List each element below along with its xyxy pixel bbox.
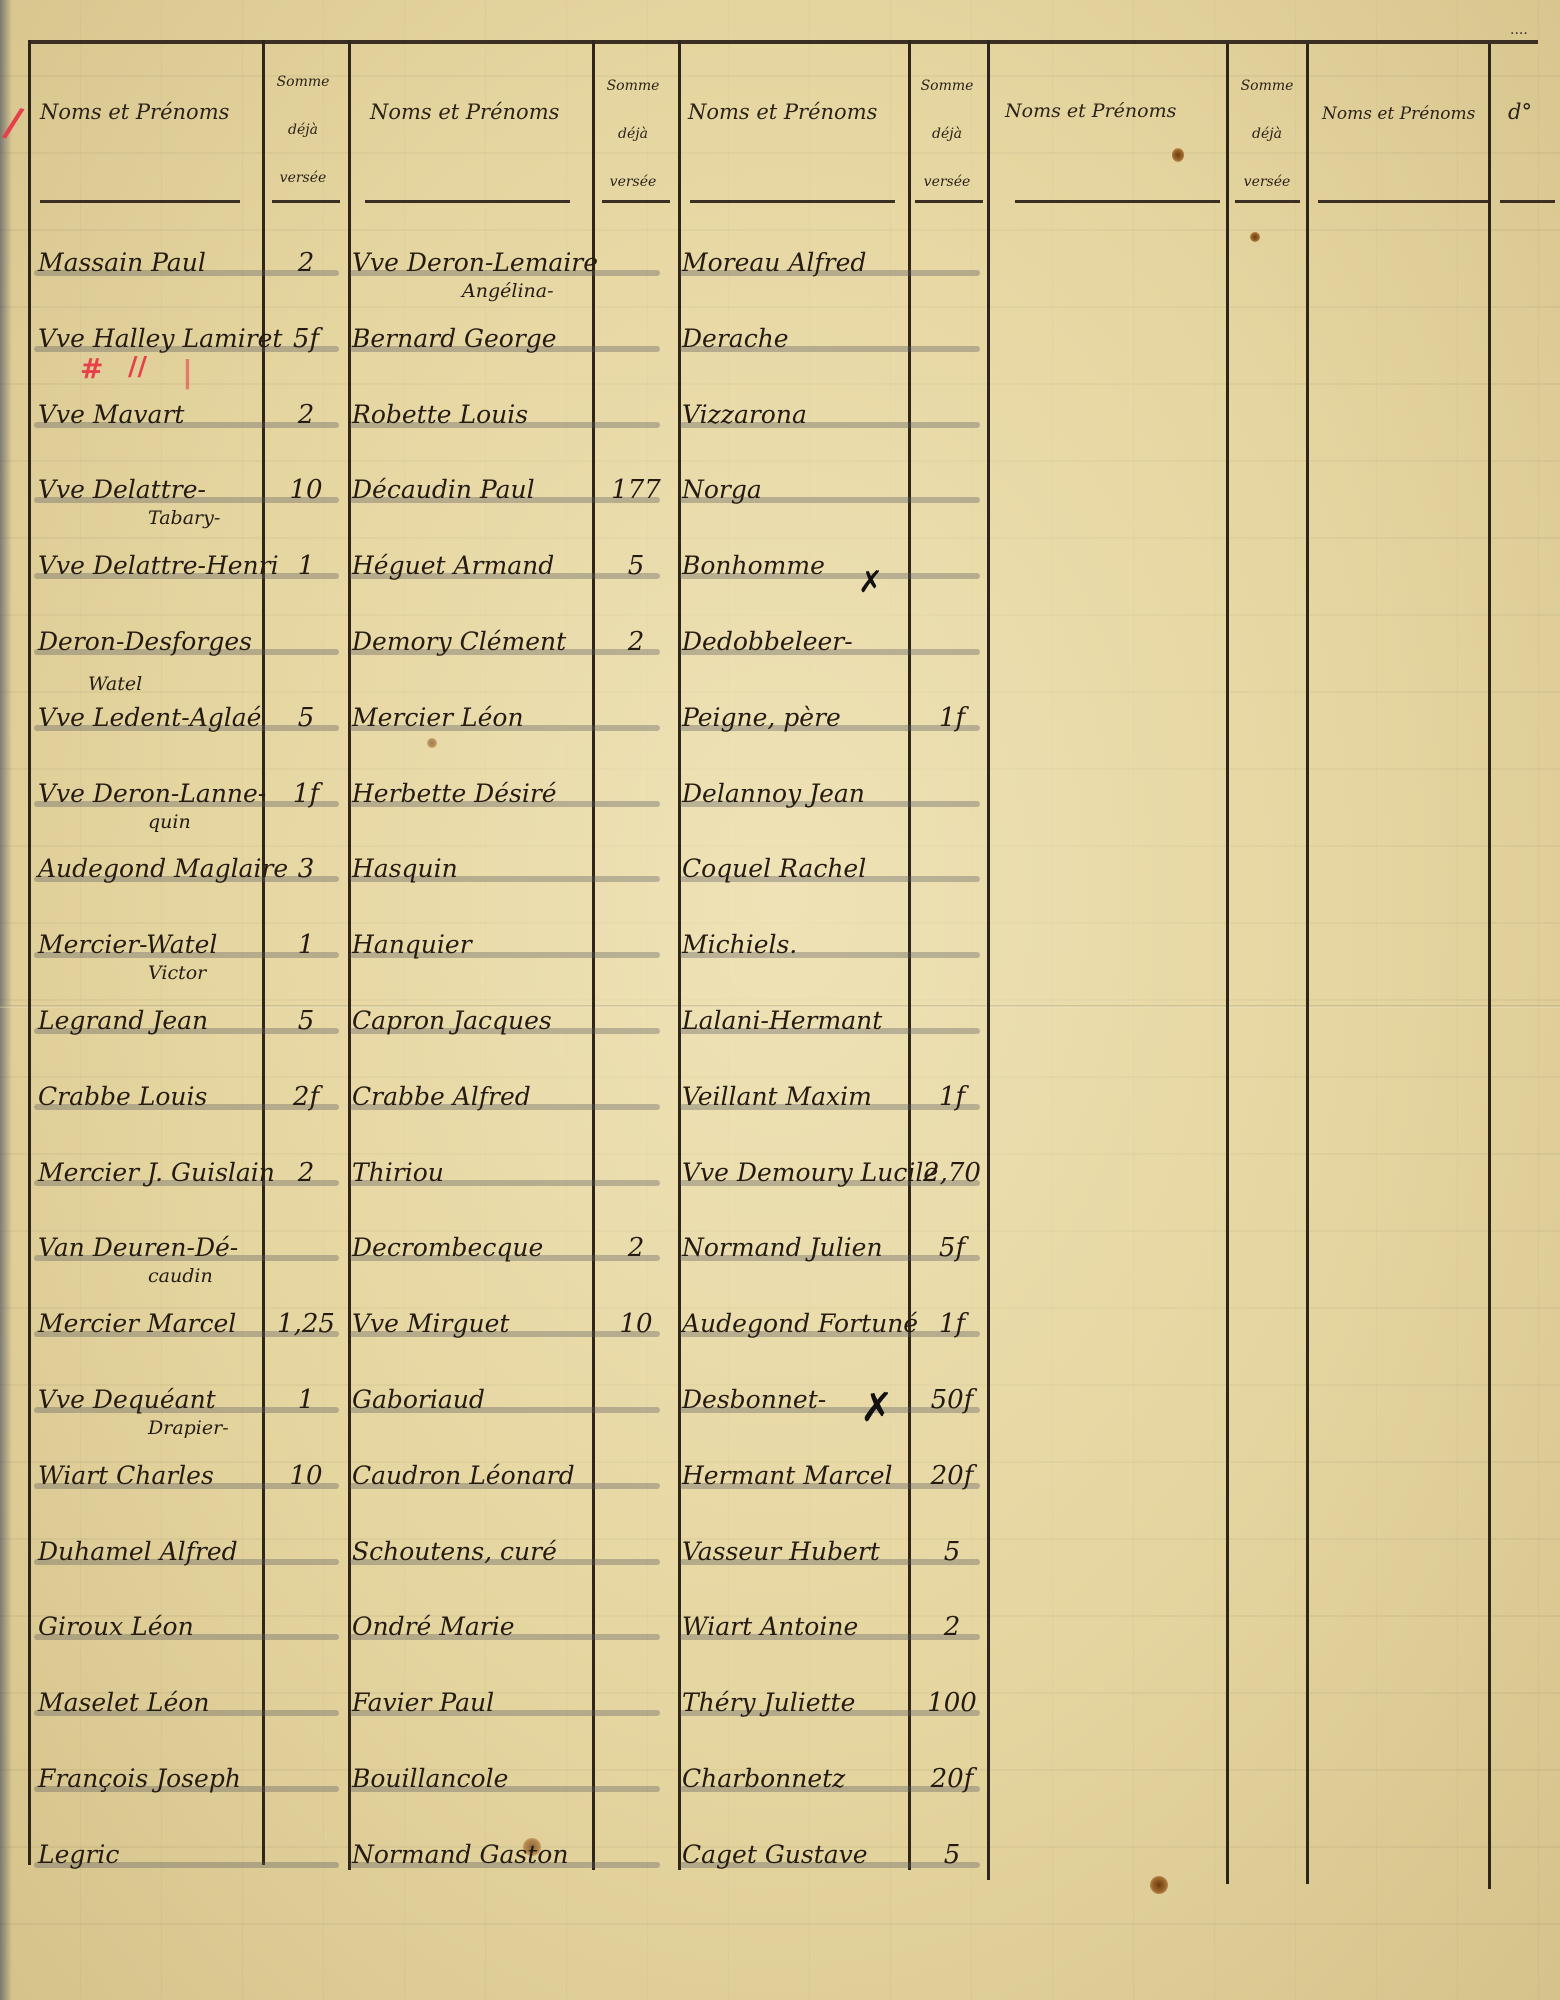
entry-amount: 2 xyxy=(596,1233,676,1263)
header-sum-line: versée xyxy=(268,154,338,202)
entry-name: Wiart Antoine xyxy=(682,1612,858,1641)
entry-name: Normand Gaston xyxy=(352,1840,568,1869)
entry-name: Crabbe Louis xyxy=(38,1082,207,1111)
header-sum-line: versée xyxy=(1232,158,1302,206)
entry-amount: 10 xyxy=(266,475,346,505)
entry-amount: 5f xyxy=(912,1233,992,1263)
entry-name: Norga xyxy=(682,475,762,504)
entry-name: Wiart Charles xyxy=(38,1461,214,1490)
entry-note: Tabary- xyxy=(148,507,220,529)
entry-name: François Joseph xyxy=(38,1764,241,1793)
entry-name: Vve Dequéant xyxy=(38,1385,216,1414)
entry-name: Vve Deron-Lanne- xyxy=(38,779,266,808)
entry-amount: 5 xyxy=(596,551,676,581)
entry-name: Desbonnet- xyxy=(682,1385,826,1414)
entry-name: Robette Louis xyxy=(352,400,528,429)
entry-name: Hasquin xyxy=(352,854,458,883)
entry-amount: 1 xyxy=(266,1385,346,1415)
entry-amount: 3 xyxy=(266,854,346,884)
header-sum-line: déjà xyxy=(268,106,338,154)
entry-name: Décaudin Paul xyxy=(352,475,535,504)
header-underline xyxy=(1500,200,1555,203)
red-mark: // xyxy=(128,352,147,382)
header-sum-line: déjà xyxy=(912,110,982,158)
header-underline xyxy=(1318,200,1488,203)
column-header-sum: Somme déjà versée xyxy=(268,58,338,202)
entry-name: Massain Paul xyxy=(38,248,206,277)
column-header-sum: Somme déjà versée xyxy=(598,62,668,206)
entry-name: Van Deuren-Dé- xyxy=(38,1233,238,1262)
entry-name: Duhamel Alfred xyxy=(38,1537,238,1566)
entry-name: Vve Halley Lamiret xyxy=(38,324,282,353)
entry-name: Vve Mavart xyxy=(38,400,184,429)
column-header-name: Noms et Prénoms xyxy=(1005,100,1176,122)
entry-name: Mercier Léon xyxy=(352,703,524,732)
header-underline xyxy=(690,200,895,203)
entry-name: Thiriou xyxy=(352,1158,444,1187)
entry-amount: 1,25 xyxy=(266,1309,346,1339)
entry-name: Veillant Maxim xyxy=(682,1082,872,1111)
entry-amount: 1f xyxy=(266,779,346,809)
entry-amount: 10 xyxy=(596,1309,676,1339)
entry-name: Herbette Désiré xyxy=(352,779,557,808)
column-line xyxy=(1488,44,1491,1889)
header-sum-line: Somme xyxy=(912,62,982,110)
corner-mark: ···· xyxy=(1510,26,1528,42)
ink-stain xyxy=(1150,1876,1168,1894)
entry-name: Vve Ledent-Aglaé xyxy=(38,703,261,732)
entry-amount: 5 xyxy=(912,1840,992,1870)
entry-name: Vve Delattre-Henri xyxy=(38,551,279,580)
entry-amount: 5 xyxy=(266,703,346,733)
entry-name: Héguet Armand xyxy=(352,551,554,580)
entry-name: Ondré Marie xyxy=(352,1612,515,1641)
entry-note: Watel xyxy=(88,673,142,695)
entry-name: Hermant Marcel xyxy=(682,1461,893,1490)
header-sum-line: Somme xyxy=(268,58,338,106)
entry-name: Mercier-Watel xyxy=(38,930,217,959)
entry-amount: 20f xyxy=(912,1764,992,1794)
column-line xyxy=(987,40,990,1880)
entry-name: Vve Demoury Lucile xyxy=(682,1158,938,1187)
entry-name: Legric xyxy=(38,1840,119,1869)
entry-name: Mercier J. Guislain xyxy=(38,1158,275,1187)
entry-amount: 5f xyxy=(266,324,346,354)
entry-name: Audegond Maglaire xyxy=(38,854,288,883)
entry-name: Demory Clément xyxy=(352,627,566,656)
entry-amount: 5 xyxy=(266,1006,346,1036)
header-underline xyxy=(1015,200,1220,203)
entry-amount: 2 xyxy=(266,400,346,430)
x-mark: ✗ xyxy=(858,565,883,600)
entry-name: Gaboriaud xyxy=(352,1385,485,1414)
ink-stain xyxy=(1250,232,1260,242)
column-header-sum: Somme déjà versée xyxy=(1232,62,1302,206)
ink-stain xyxy=(1172,148,1184,162)
entry-name: Bernard George xyxy=(352,324,557,353)
column-line xyxy=(1306,44,1309,1884)
header-sum-line: Somme xyxy=(598,62,668,110)
entry-amount: 2f xyxy=(266,1082,346,1112)
entry-name: Lalani-Hermant xyxy=(682,1006,882,1035)
header-underline xyxy=(365,200,570,203)
entry-name: Vve Deron-Lemaire xyxy=(352,248,598,277)
header-sum-line: déjà xyxy=(598,110,668,158)
entry-note: Drapier- xyxy=(148,1417,229,1439)
entry-name: Deron-Desforges xyxy=(38,627,252,656)
header-underline xyxy=(40,200,240,203)
entry-name: Vizzarona xyxy=(682,400,807,429)
entry-note: Angélina- xyxy=(462,280,554,302)
header-sum-line: déjà xyxy=(1232,110,1302,158)
entry-name: Derache xyxy=(682,324,789,353)
entry-name: Charbonnetz xyxy=(682,1764,845,1793)
entry-amount: 1f xyxy=(912,1082,992,1112)
entry-amount: 100 xyxy=(912,1688,992,1718)
entry-name: Vve Mirguet xyxy=(352,1309,509,1338)
entry-amount: 2,70 xyxy=(912,1158,992,1188)
column-header-name: Noms et Prénoms xyxy=(688,100,877,124)
entry-note: quin xyxy=(148,811,191,833)
top-rule xyxy=(28,40,1538,44)
entry-name: Decrombecque xyxy=(352,1233,543,1262)
entry-name: Caudron Léonard xyxy=(352,1461,575,1490)
entry-note: caudin xyxy=(148,1265,213,1287)
entry-amount: 5 xyxy=(912,1537,992,1567)
entry-amount: 1 xyxy=(266,551,346,581)
column-header-name: Noms et Prénoms xyxy=(40,100,229,124)
column-line xyxy=(1226,44,1229,1884)
column-header-name: Noms et Prénoms xyxy=(1322,104,1475,124)
page-edge-shadow xyxy=(0,0,12,2000)
entry-name: Normand Julien xyxy=(682,1233,883,1262)
x-mark: ✗ xyxy=(860,1385,894,1431)
entry-name: Vasseur Hubert xyxy=(682,1537,880,1566)
entry-name: Bouillancole xyxy=(352,1764,508,1793)
entry-name: Capron Jacques xyxy=(352,1006,552,1035)
column-header-sum: Somme déjà versée xyxy=(912,62,982,206)
entry-name: Hanquier xyxy=(352,930,472,959)
entry-amount: 2 xyxy=(266,1158,346,1188)
entry-name: Vve Delattre- xyxy=(38,475,206,504)
column-header-name: Noms et Prénoms xyxy=(370,100,559,124)
entry-name: Théry Juliette xyxy=(682,1688,855,1717)
entry-name: Coquel Rachel xyxy=(682,854,866,883)
entry-amount: 10 xyxy=(266,1461,346,1491)
entry-name: Giroux Léon xyxy=(38,1612,194,1641)
entry-name: Schoutens, curé xyxy=(352,1537,557,1566)
column-header-ditto: d° xyxy=(1508,100,1532,124)
entry-name: Bonhomme xyxy=(682,551,825,580)
entry-name: Crabbe Alfred xyxy=(352,1082,531,1111)
entry-name: Favier Paul xyxy=(352,1688,494,1717)
entry-amount: 1f xyxy=(912,1309,992,1339)
entry-name: Mercier Marcel xyxy=(38,1309,236,1338)
entry-name: Delannoy Jean xyxy=(682,779,865,808)
entry-name: Michiels. xyxy=(682,930,797,959)
column-line xyxy=(28,40,31,1865)
entry-amount: 177 xyxy=(596,475,676,505)
entry-name: Caget Gustave xyxy=(682,1840,868,1869)
entry-amount: 2 xyxy=(266,248,346,278)
entry-name: Audegond Fortuné xyxy=(682,1309,918,1338)
entry-name: Dedobbeleer- xyxy=(682,627,853,656)
entry-amount: 1f xyxy=(912,703,992,733)
header-sum-line: versée xyxy=(912,158,982,206)
entry-amount: 1 xyxy=(266,930,346,960)
red-mark: # xyxy=(80,352,103,385)
header-sum-line: versée xyxy=(598,158,668,206)
ink-stain xyxy=(427,738,437,748)
entry-note: Victor xyxy=(148,962,206,984)
entry-name: Maselet Léon xyxy=(38,1688,209,1717)
header-sum-line: Somme xyxy=(1232,62,1302,110)
entry-name: Legrand Jean xyxy=(38,1006,208,1035)
entry-amount: 20f xyxy=(912,1461,992,1491)
red-mark: | xyxy=(182,355,193,390)
entry-amount: 2 xyxy=(596,627,676,657)
entry-name: Moreau Alfred xyxy=(682,248,866,277)
entry-name: Peigne, père xyxy=(682,703,841,732)
entry-amount: 2 xyxy=(912,1612,992,1642)
entry-amount: 50f xyxy=(912,1385,992,1415)
